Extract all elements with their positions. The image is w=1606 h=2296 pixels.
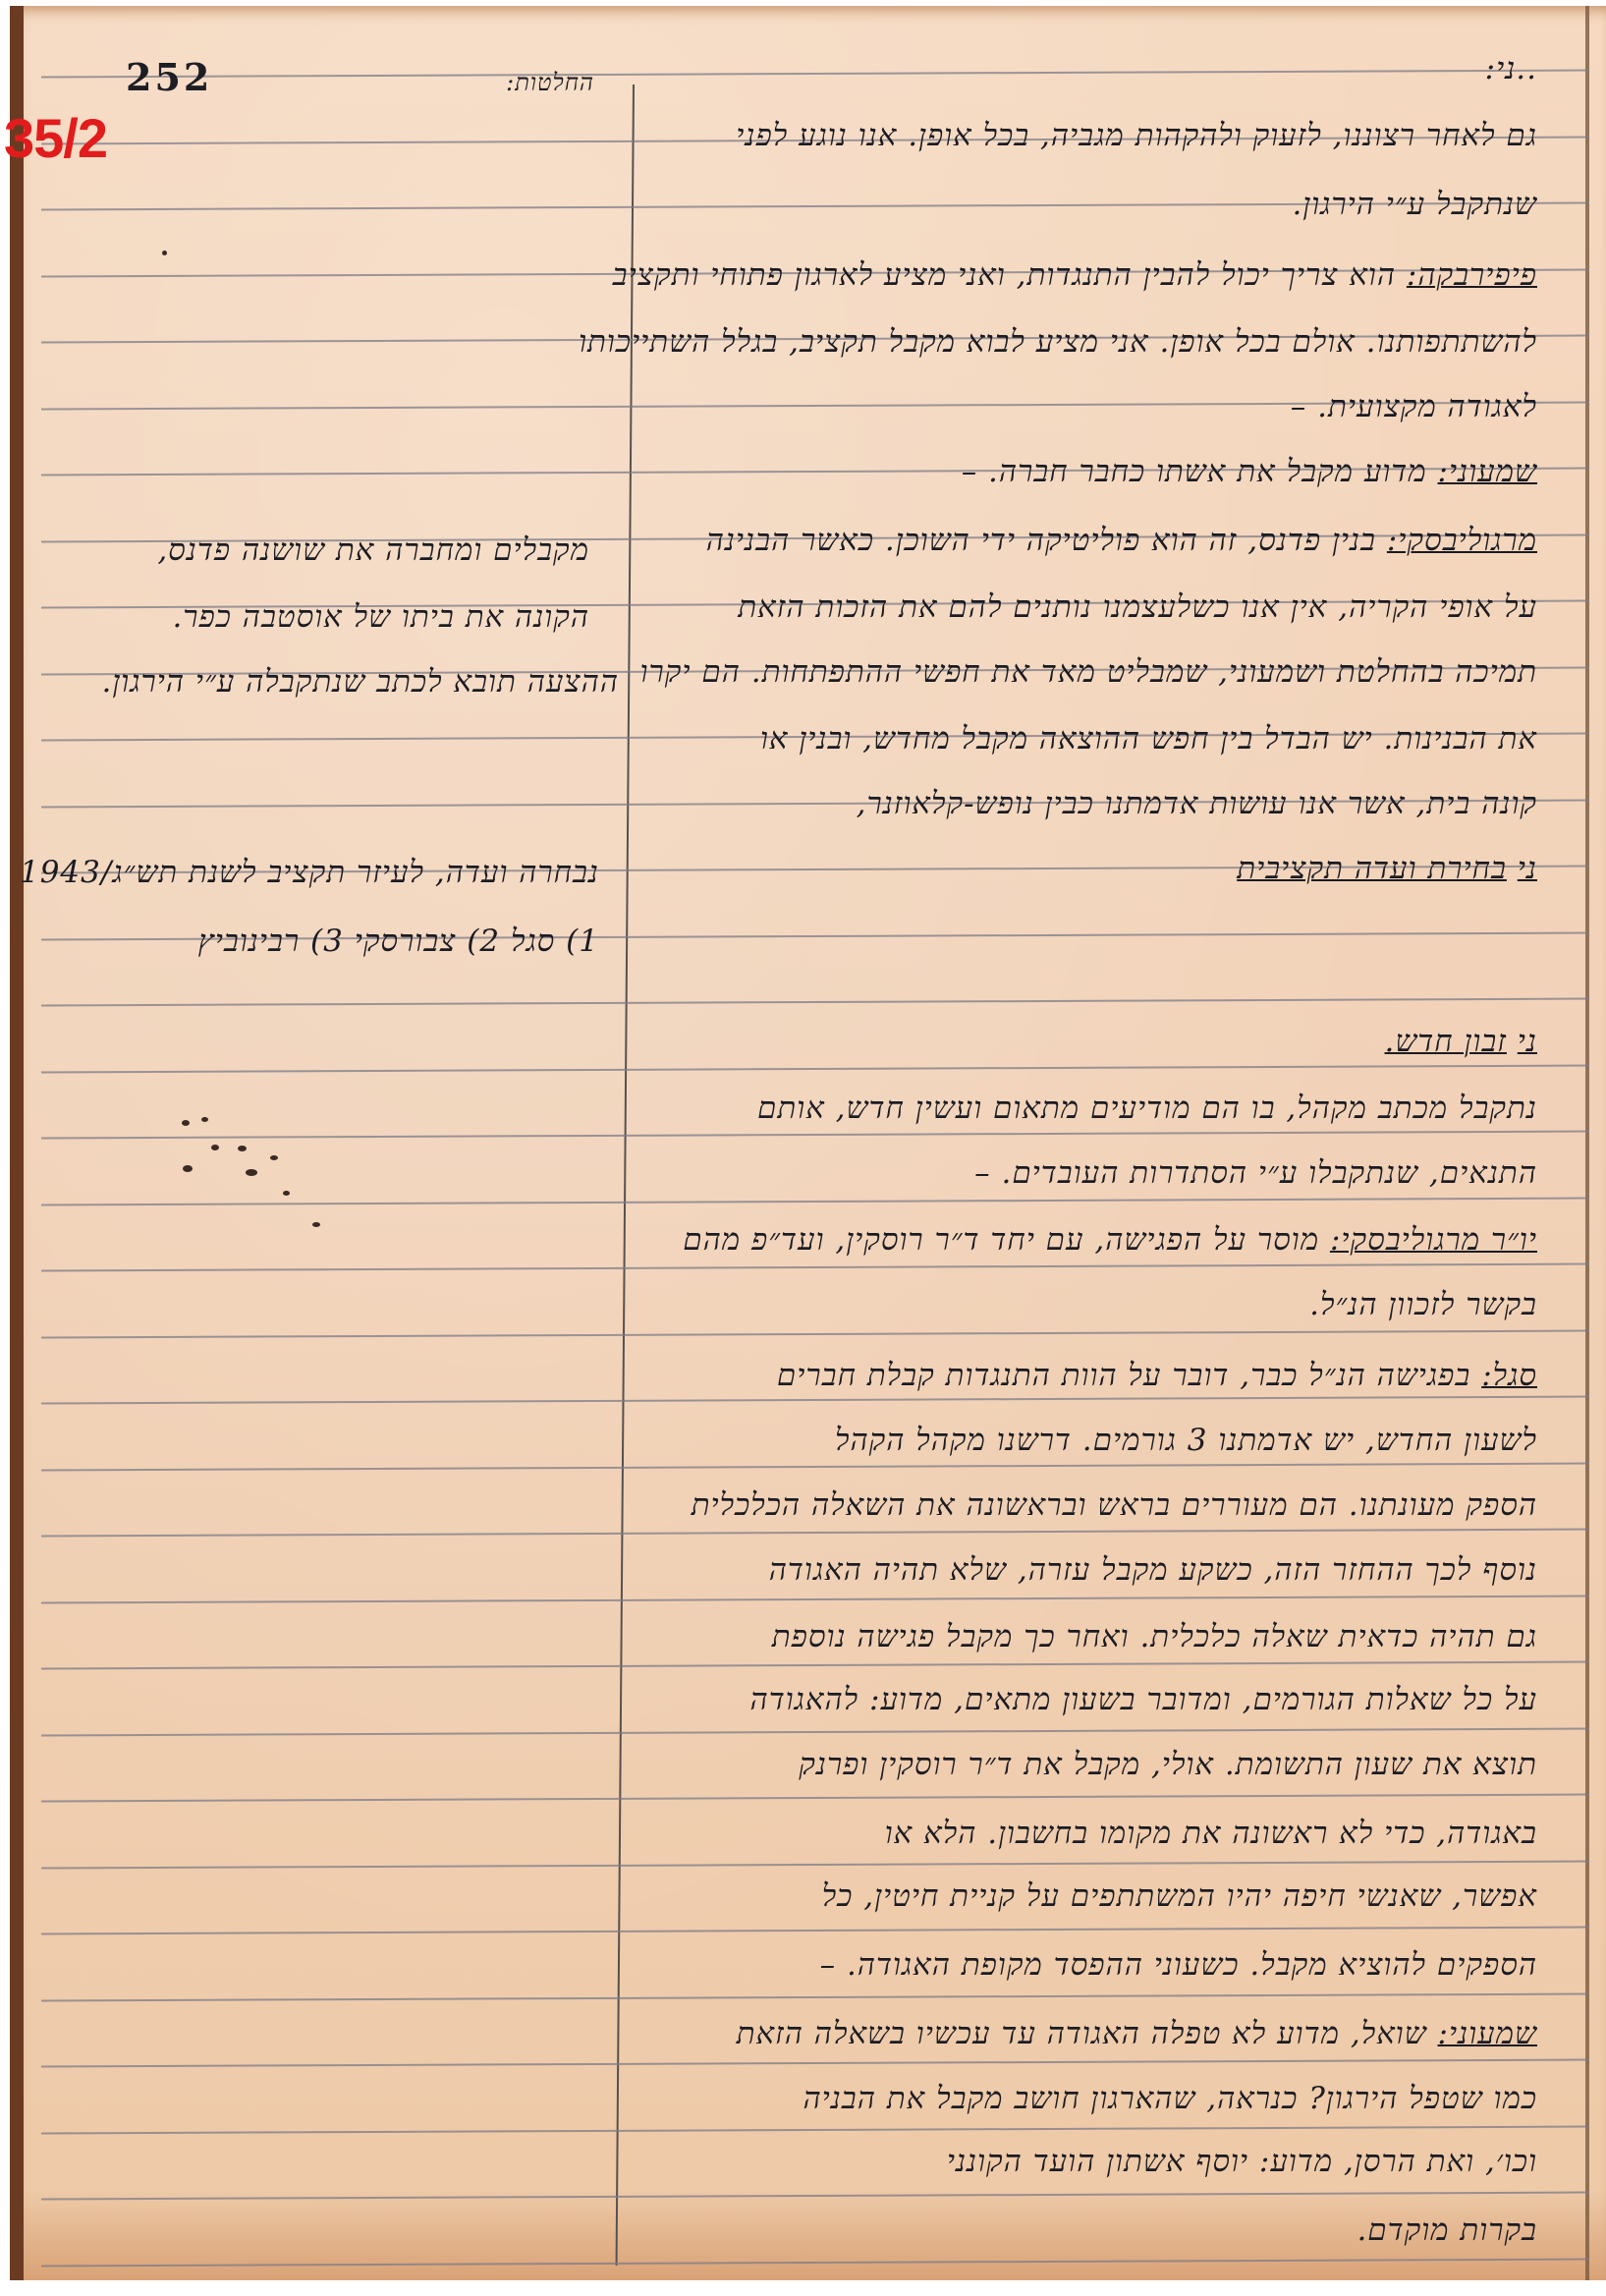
ruled-line [41,1198,1589,1206]
minutes-line: גם תהיה כדאית שאלה כלכלית. ואחר כך מקבל … [629,1619,1537,1654]
ruled-line [41,998,1589,1007]
section-heading: ני בחירת ועדה תקציבית [629,851,1537,886]
speaker-name: סגל: [1481,1358,1537,1393]
line-text: קונה בית, אשר אנו עושות אדמתנו כבין נופש… [857,786,1537,821]
speaker-name: מרגוליבסקי: [1387,523,1537,558]
line-text: נוסף לכך ההחזר הזה, כשקע מקבל עזרה, שלא … [769,1552,1537,1588]
ruled-line [41,1529,1589,1538]
minutes-line: על כל שאלות הגורמים, ומדובר בשעון מתאים,… [629,1682,1537,1717]
speaker-name: ני [1518,851,1537,886]
line-text: לאגודה מקצועית. – [1291,389,1537,424]
ruled-line [41,2259,1589,2268]
minutes-line: הספקים להוציא מקבל. כשעוני ההפסד מקופת ה… [629,1947,1537,1983]
minutes-line: תמיכה בהחלטת ושמעוני, שמבליט מאד את חפשי… [629,654,1537,690]
line-text: בקשר לזכוון הנ״ל. [1309,1287,1537,1322]
line-text: באגודה, כדי לא ראשונה את מקומו בחשבון. ה… [885,1816,1537,1851]
minutes-line: בקשר לזכוון הנ״ל. [629,1287,1537,1322]
speaker-name: ני [1518,1024,1537,1059]
line-text: בקרות מוקדם. [1357,2212,1537,2248]
line-text: לשעון החדש, יש אדמתנו 3 גורמים. דרשנו מק… [835,1423,1537,1458]
minutes-line: וכו׳, ואת הרסן, מדוע: יוסף אשתון הועד הק… [629,2144,1537,2179]
line-text: הספק מעונתנו. הם מעוררים בראש ובראשונה א… [692,1487,1537,1523]
line-text: וכו׳, ואת הרסן, מדוע: יוסף אשתון הועד הק… [947,2144,1537,2179]
line-text: בחירת ועדה תקציבית [1237,851,1507,886]
minutes-line: שנתקבל ע״י הירגון. [629,187,1537,222]
minutes-line: על אופי הקריה, אין אנו כשלעצמנו נותנים ל… [629,589,1537,625]
ruled-line [41,1927,1589,1935]
speaker-name: יו״ר מרגוליבסקי: [1330,1222,1537,1258]
line-text: הספקים להוציא מקבל. כשעוני ההפסד מקופת ה… [820,1947,1537,1983]
line-text: זבון חדש. [1385,1024,1507,1059]
line-text: על אופי הקריה, אין אנו כשלעצמנו נותנים ל… [738,589,1537,625]
ruled-line [41,1794,1589,1803]
line-text: תמיכה בהחלטת ושמעוני, שמבליט מאד את חפשי… [640,654,1537,690]
minutes-line: סגל: בפגישה הנ״ל כבר, דובר על הוות התנגד… [629,1358,1537,1393]
line-text: כמו שטפל הירגון? כנראה, שהארגון חושב מקב… [803,2081,1537,2116]
minutes-line: פיפירבקה: הוא צריך יכול להבין התנגדות, ו… [629,257,1537,293]
archive-id-label: 35/2 [4,106,107,170]
minutes-line: יו״ר מרגוליבסקי: מוסר על הפגישה, עם יחד … [629,1222,1537,1258]
minutes-line: כמו שטפל הירגון? כנראה, שהארגון חושב מקב… [629,2081,1537,2116]
line-text: גם לאחר רצוננו, לזעוק ולהקהות מגביה, בכל… [736,118,1537,153]
margin-decision-2: הקונה את ביתו של אוסטבה כפר. [39,599,589,635]
margin-committee-line-1: נבחרה ועדה, לעיזר תקציב לשנת תש״ג/1943 [39,855,599,890]
ruled-line [41,1993,1589,2002]
minutes-line: גם לאחר רצוננו, לזעוק ולהקהות מגביה, בכל… [629,118,1537,153]
ruled-line [41,1861,1589,1870]
ruled-line [41,1065,1589,1074]
binding-edge [1585,6,1589,2280]
line-text: מוסר על הפגישה, עם יחד ד״ר רוסקין, ועד״פ… [683,1222,1319,1258]
line-text: גם תהיה כדאית שאלה כלכלית. ואחר כך מקבל … [772,1619,1537,1654]
line-text: את הבנינות. יש הבדל בין חפש ההוצאה מקבל … [760,721,1537,756]
speaker-name: שמעוני: [1438,2016,1537,2051]
margin-decision-3: ההצעה תובא לכתב שנתקבלה ע״י הירגון. [39,664,619,700]
line-text: שנתקבל ע״י הירגון. [1292,187,1537,222]
line-text: אפשר, שאנשי חיפה יהיו המשתתפים על קניית … [822,1878,1537,1914]
minutes-line: הספק מעונתנו. הם מעוררים בראש ובראשונה א… [629,1487,1537,1523]
minutes-line: ..ני: [629,51,1537,86]
ruled-line [41,1330,1589,1339]
minutes-line: לשעון החדש, יש אדמתנו 3 גורמים. דרשנו מק… [629,1423,1537,1458]
minutes-line: באגודה, כדי לא ראשונה את מקומו בחשבון. ה… [629,1816,1537,1851]
page-number-stamp: 252 [126,55,212,99]
margin-header: החלטות: [462,69,594,97]
line-text: ..ני: [1485,51,1537,86]
line-text: נתקבל מכתב מקהל, בו הם מודיעים מתאום ועש… [757,1091,1537,1126]
line-text: תוצא את שעון התשומת. אולי, מקבל את ד״ר ר… [799,1747,1537,1782]
line-text: מדוע מקבל את אשתו כחבר חברה. – [962,454,1427,489]
minutes-line: התנאים, שנתקבלו ע״י הסתדרות העובדים. – [629,1155,1537,1191]
margin-decision-1: מקבלים ומחברה את שושנה פדנס, [39,532,589,568]
ruled-line [41,1596,1589,1604]
minutes-line: בקרות מוקדם. [629,2212,1537,2248]
ruled-line [41,1728,1589,1737]
minutes-line: תוצא את שעון התשומת. אולי, מקבל את ד״ר ר… [629,1747,1537,1782]
ruled-line [41,2126,1589,2135]
ruled-line [41,1463,1589,1472]
minutes-line: שמעוני: שואל, מדוע לא טפלה האגודה עד עכש… [629,2016,1537,2051]
minutes-line: את הבנינות. יש הבדל בין חפש ההוצאה מקבל … [629,721,1537,756]
minutes-line: שמעוני: מדוע מקבל את אשתו כחבר חברה. – [629,454,1537,489]
minutes-line: מרגוליבסקי: בנין פדנס, זה הוא פוליטיקה י… [629,523,1537,558]
minutes-line: אפשר, שאנשי חיפה יהיו המשתתפים על קניית … [629,1878,1537,1914]
line-text: שואל, מדוע לא טפלה האגודה עד עכשיו בשאלה… [737,2016,1427,2051]
line-text: הוא צריך יכול להבין התנגדות, ואני מציע ל… [613,257,1396,293]
line-text: בנין פדנס, זה הוא פוליטיקה ידי השוכן. כא… [706,523,1376,558]
minutes-line: להשתתפותנו. אולם בכל אופן. אני מציע לבוא… [629,324,1537,360]
line-text: בפגישה הנ״ל כבר, דובר על הוות התנגדות קב… [777,1358,1470,1393]
line-text: התנאים, שנתקבלו ע״י הסתדרות העובדים. – [974,1155,1537,1191]
speaker-name: פיפירבקה: [1407,257,1537,293]
line-text: על כל שאלות הגורמים, ומדובר בשעון מתאים,… [750,1682,1537,1717]
minutes-line: נוסף לכך ההחזר הזה, כשקע מקבל עזרה, שלא … [629,1552,1537,1588]
section-heading: ני זבון חדש. [629,1024,1537,1059]
margin-committee-line-2: 1) סגל 2) צבורסקי 3) רבינוביץ [59,924,599,959]
ruled-line [41,2192,1589,2201]
line-text: להשתתפותנו. אולם בכל אופן. אני מציע לבוא… [579,324,1537,360]
minutes-line: נתקבל מכתב מקהל, בו הם מודיעים מתאום ועש… [629,1091,1537,1126]
minutes-line: קונה בית, אשר אנו עושות אדמתנו כבין נופש… [629,786,1537,821]
minutes-line: לאגודה מקצועית. – [629,389,1537,424]
ruled-line [41,1661,1589,1670]
speaker-name: שמעוני: [1438,454,1537,489]
ruled-line [41,2059,1589,2068]
ruled-line [41,1131,1589,1140]
ruled-line [41,1396,1589,1405]
ruled-line [41,1263,1589,1272]
